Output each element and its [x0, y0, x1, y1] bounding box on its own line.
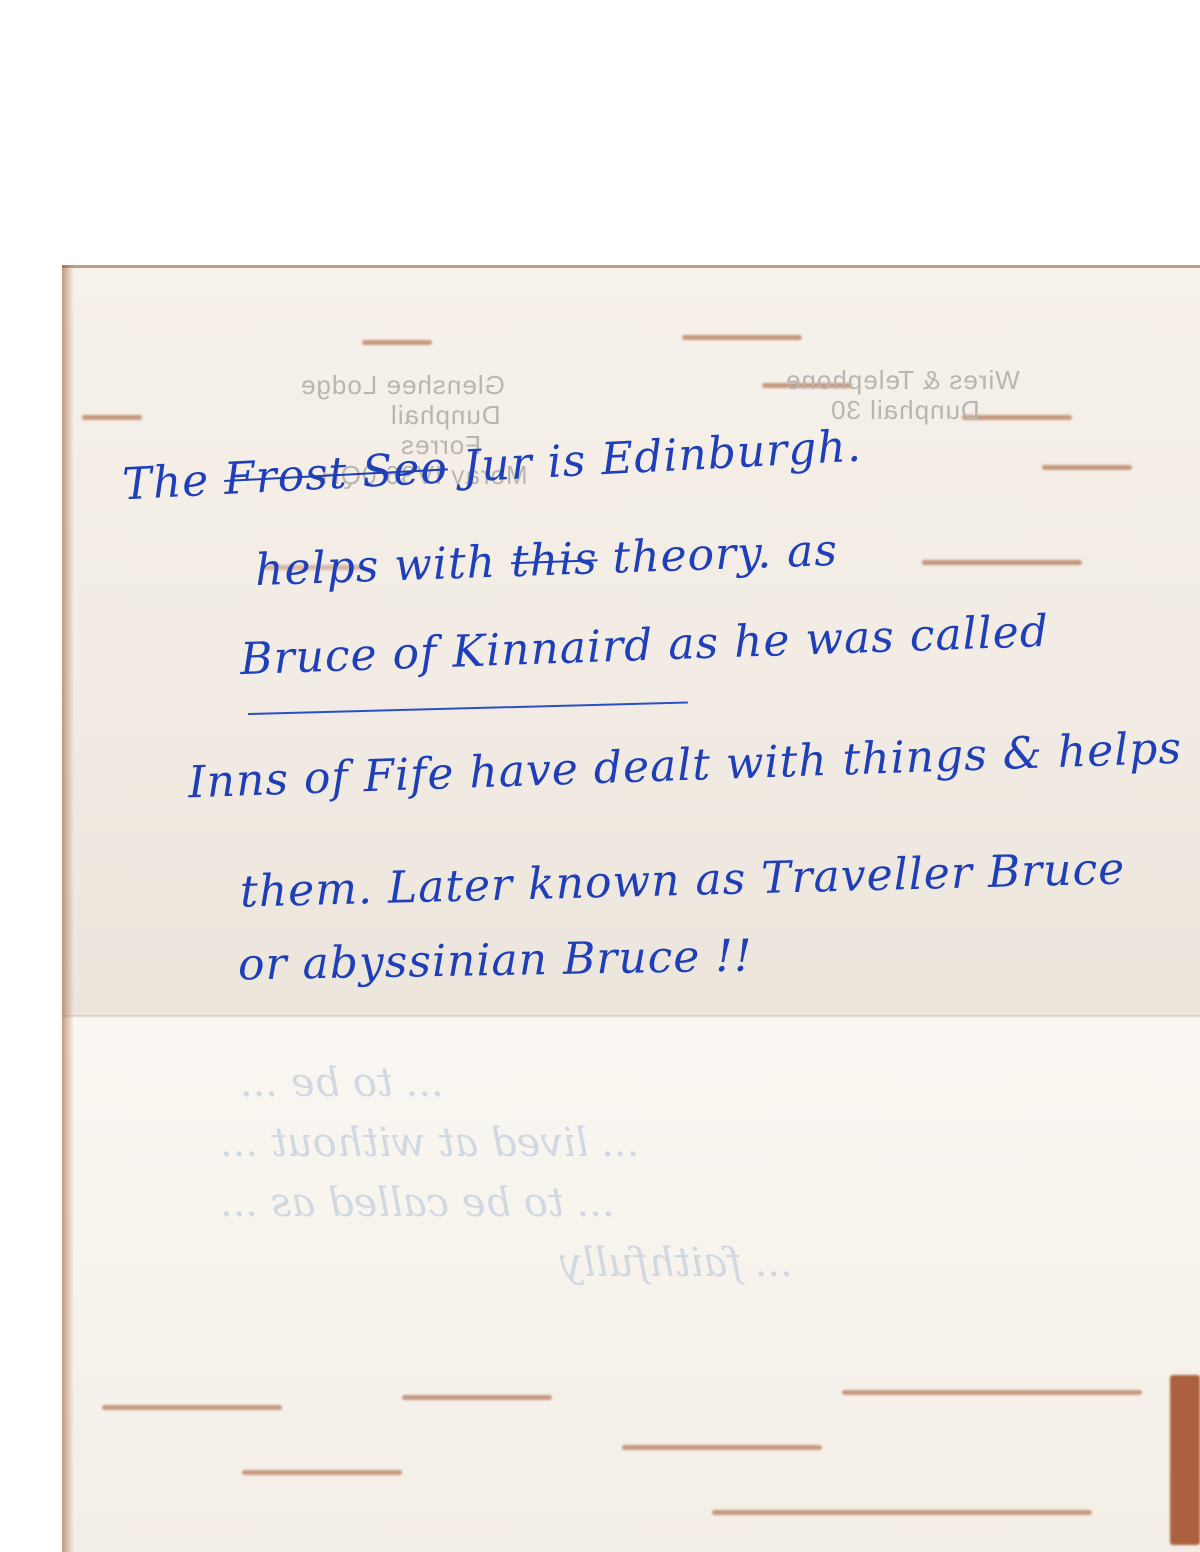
letterhead-showthrough-line: Dunphail — [390, 400, 501, 431]
letterhead-showthrough-line: Glenshee Lodge — [300, 370, 505, 401]
stain — [922, 560, 1082, 565]
reverse-ghost-line: ... faithfully — [560, 1240, 793, 1286]
stain — [82, 415, 142, 420]
stain — [622, 1445, 822, 1450]
line-text: theory. as — [597, 525, 839, 584]
reverse-ghost-line: ... lived at without ... — [220, 1120, 639, 1166]
reverse-ghost-line: ... to be called as ... — [220, 1180, 615, 1226]
line-text: helps with — [254, 536, 512, 596]
left-edge-stain — [62, 265, 74, 1552]
stain — [712, 1510, 1092, 1515]
stain — [362, 340, 432, 345]
stain — [842, 1390, 1142, 1395]
reverse-ghost-line: ... to be ... — [240, 1060, 444, 1106]
top-edge-stain — [62, 265, 1200, 268]
struck-text: this — [510, 533, 598, 587]
stain — [242, 1470, 402, 1475]
handwritten-line-6: or abyssinian Bruce !! — [238, 931, 754, 991]
stain — [402, 1395, 552, 1400]
stain — [1042, 465, 1132, 470]
stain — [1170, 1375, 1200, 1545]
stain — [102, 1405, 282, 1410]
line-text: The — [121, 454, 225, 510]
letterhead-showthrough-line: Wires & Telephone — [785, 365, 1020, 396]
stain — [682, 335, 802, 340]
